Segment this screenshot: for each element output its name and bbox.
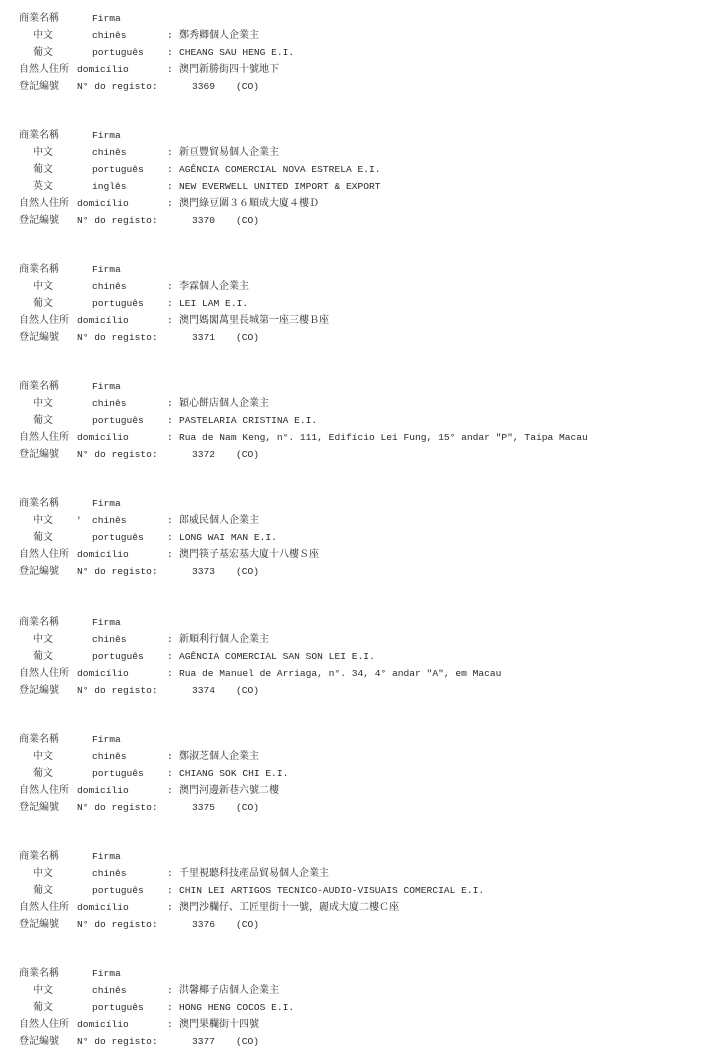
field-label-zh: 登記編號 [19, 799, 59, 816]
field-label-zh: 自然人住所 [19, 899, 69, 916]
field-label-zh: 中文 [33, 27, 53, 44]
field-label-zh: 中文 [33, 512, 53, 529]
field-label-pt: domicílio [77, 61, 129, 78]
field-value: 郎威民個人企業主 [179, 512, 259, 529]
field-label-pt: português [92, 412, 144, 429]
field-label-pt: Firma [92, 848, 121, 865]
field-label-zh: 葡文 [33, 161, 53, 178]
field-value: 鄭淑芝個人企業主 [179, 748, 259, 765]
colon-separator: : [167, 278, 173, 295]
field-label-pt: Firma [92, 10, 121, 27]
field-value: HONG HENG COCOS E.I. [179, 999, 294, 1016]
registration-number: 3369 [192, 78, 215, 95]
field-value: 鄭秀卿個人企業主 [179, 27, 259, 44]
registration-number: 3377 [192, 1033, 215, 1050]
colon-separator: : [167, 512, 173, 529]
field-label-pt: português [92, 295, 144, 312]
field-label-zh: 商業名稱 [19, 127, 59, 144]
field-label-zh: 登記編號 [19, 329, 59, 346]
field-value: 新順利行個人企業主 [179, 631, 269, 648]
colon-separator: : [167, 529, 173, 546]
field-label-zh: 登記編號 [19, 212, 59, 229]
field-label-pt: domicílio [77, 665, 129, 682]
field-label-pt: português [92, 529, 144, 546]
registration-suffix: (CO) [236, 916, 259, 933]
colon-separator: : [167, 782, 173, 799]
field-label-pt: Firma [92, 614, 121, 631]
field-label-zh: 自然人住所 [19, 429, 69, 446]
field-value: CHIN LEI ARTIGOS TECNICO-AUDIO-VISUAIS C… [179, 882, 484, 899]
registration-suffix: (CO) [236, 78, 259, 95]
field-label-pt: português [92, 999, 144, 1016]
field-label-pt: domicílio [77, 429, 129, 446]
field-label-pt: domicílio [77, 899, 129, 916]
field-label-pt: chinês [92, 395, 127, 412]
field-label-zh: 葡文 [33, 648, 53, 665]
field-label-zh: 登記編號 [19, 446, 59, 463]
field-label-zh: 登記編號 [19, 682, 59, 699]
field-label-pt: domicílio [77, 312, 129, 329]
field-label-zh: 自然人住所 [19, 782, 69, 799]
field-label-zh: 中文 [33, 278, 53, 295]
registration-suffix: (CO) [236, 799, 259, 816]
field-label-zh: 自然人住所 [19, 195, 69, 212]
colon-separator: : [167, 312, 173, 329]
colon-separator: : [167, 295, 173, 312]
colon-separator: : [167, 882, 173, 899]
field-label-zh: 自然人住所 [19, 1016, 69, 1033]
field-label-zh: 商業名稱 [19, 965, 59, 982]
registration-suffix: (CO) [236, 682, 259, 699]
field-label-zh: 中文 [33, 865, 53, 882]
colon-separator: : [167, 748, 173, 765]
field-label-pt: chinês [92, 512, 127, 529]
registration-number: 3370 [192, 212, 215, 229]
field-label-pt: chinês [92, 144, 127, 161]
field-value: CHEANG SAU HENG E.I. [179, 44, 294, 61]
field-label-pt: N° do registo: [77, 563, 158, 580]
field-label-zh: 自然人住所 [19, 665, 69, 682]
field-label-pt: N° do registo: [77, 78, 158, 95]
field-value: AGÊNCIA COMERCIAL NOVA ESTRELA E.I. [179, 161, 381, 178]
registration-number: 3376 [192, 916, 215, 933]
field-label-pt: chinês [92, 982, 127, 999]
colon-separator: : [167, 178, 173, 195]
colon-separator: : [167, 546, 173, 563]
colon-separator: : [167, 982, 173, 999]
colon-separator: : [167, 899, 173, 916]
field-label-zh: 商業名稱 [19, 261, 59, 278]
field-label-pt: domicílio [77, 782, 129, 799]
field-value: 澳門果欄街十四號 [179, 1016, 259, 1033]
field-label-zh: 登記編號 [19, 563, 59, 580]
colon-separator: : [167, 44, 173, 61]
field-label-zh: 商業名稱 [19, 378, 59, 395]
field-label-pt: chinês [92, 278, 127, 295]
field-label-pt: chinês [92, 631, 127, 648]
colon-separator: : [167, 195, 173, 212]
colon-separator: : [167, 161, 173, 178]
field-value: 千里視聽科技產品貿易個人企業主 [179, 865, 329, 882]
field-value: 李霖個人企業主 [179, 278, 249, 295]
field-label-zh: 商業名稱 [19, 495, 59, 512]
field-label-zh: 自然人住所 [19, 61, 69, 78]
field-value: AGÊNCIA COMERCIAL SAN SON LEI E.I. [179, 648, 375, 665]
colon-separator: : [167, 765, 173, 782]
colon-separator: : [167, 27, 173, 44]
field-value: 澳門河邊新巷六號二樓 [179, 782, 279, 799]
colon-separator: : [167, 631, 173, 648]
field-label-pt: chinês [92, 748, 127, 765]
field-label-pt: N° do registo: [77, 682, 158, 699]
colon-separator: : [167, 61, 173, 78]
field-value: NEW EVERWELL UNITED IMPORT & EXPORT [179, 178, 381, 195]
field-label-pt: português [92, 765, 144, 782]
field-value: 澳門筷子基宏基大廈十八樓Ｓ座 [179, 546, 319, 563]
colon-separator: : [167, 412, 173, 429]
field-value: CHIANG SOK CHI E.I. [179, 765, 288, 782]
field-label-zh: 中文 [33, 631, 53, 648]
field-label-zh: 葡文 [33, 882, 53, 899]
field-value: 澳門媽閣萬里長城第一座三樓Ｂ座 [179, 312, 329, 329]
field-label-pt: Firma [92, 965, 121, 982]
field-value: 澳門綠豆圍３６順成大廈４樓Ｄ [179, 195, 319, 212]
field-value: 新亘豐貿易個人企業主 [179, 144, 279, 161]
colon-separator: : [167, 999, 173, 1016]
field-label-pt: Firma [92, 731, 121, 748]
field-label-zh: 葡文 [33, 999, 53, 1016]
field-label-zh: 商業名稱 [19, 731, 59, 748]
field-label-pt: chinês [92, 865, 127, 882]
field-label-pt: N° do registo: [77, 916, 158, 933]
field-value: 洪馨椰子店個人企業主 [179, 982, 279, 999]
field-value: LONG WAI MAN E.I. [179, 529, 277, 546]
field-label-zh: 葡文 [33, 44, 53, 61]
registration-number: 3374 [192, 682, 215, 699]
field-label-zh: 英文 [33, 178, 53, 195]
registration-number: 3373 [192, 563, 215, 580]
stray-mark: ' [76, 512, 82, 529]
field-label-zh: 自然人住所 [19, 546, 69, 563]
field-label-zh: 中文 [33, 982, 53, 999]
field-value: PASTELARIA CRISTINA E.I. [179, 412, 317, 429]
field-label-pt: português [92, 648, 144, 665]
colon-separator: : [167, 648, 173, 665]
field-label-zh: 自然人住所 [19, 312, 69, 329]
colon-separator: : [167, 395, 173, 412]
field-label-zh: 商業名稱 [19, 10, 59, 27]
field-value: LEI LAM E.I. [179, 295, 248, 312]
field-label-pt: inglês [92, 178, 127, 195]
field-label-pt: domicílio [77, 546, 129, 563]
field-label-pt: N° do registo: [77, 329, 158, 346]
colon-separator: : [167, 144, 173, 161]
field-label-zh: 中文 [33, 395, 53, 412]
colon-separator: : [167, 865, 173, 882]
field-value: 穎心餅店個人企業主 [179, 395, 269, 412]
field-label-zh: 商業名稱 [19, 614, 59, 631]
field-label-pt: domicílio [77, 195, 129, 212]
field-label-zh: 商業名稱 [19, 848, 59, 865]
colon-separator: : [167, 665, 173, 682]
field-label-zh: 登記編號 [19, 78, 59, 95]
field-label-zh: 登記編號 [19, 1033, 59, 1050]
colon-separator: : [167, 1016, 173, 1033]
field-label-zh: 葡文 [33, 412, 53, 429]
field-label-zh: 葡文 [33, 529, 53, 546]
field-label-zh: 中文 [33, 144, 53, 161]
field-label-zh: 中文 [33, 748, 53, 765]
field-label-zh: 葡文 [33, 295, 53, 312]
field-label-pt: português [92, 44, 144, 61]
registration-suffix: (CO) [236, 446, 259, 463]
field-label-zh: 登記編號 [19, 916, 59, 933]
field-label-pt: N° do registo: [77, 212, 158, 229]
field-label-pt: Firma [92, 261, 121, 278]
field-label-pt: N° do registo: [77, 446, 158, 463]
field-value: Rua de Nam Keng, n°. 111, Edifício Lei F… [179, 429, 588, 446]
field-value: 澳門沙欄仔、工匠里街十一號，麗成大廈二樓Ｃ座 [179, 899, 399, 916]
field-label-pt: português [92, 882, 144, 899]
field-value: Rua de Manuel de Arriaga, n°. 34, 4° and… [179, 665, 501, 682]
registration-suffix: (CO) [236, 212, 259, 229]
registration-suffix: (CO) [236, 563, 259, 580]
field-label-pt: português [92, 161, 144, 178]
field-label-pt: domicílio [77, 1016, 129, 1033]
registration-number: 3371 [192, 329, 215, 346]
registration-number: 3375 [192, 799, 215, 816]
field-label-pt: chinês [92, 27, 127, 44]
field-value: 澳門新勝街四十號地下 [179, 61, 279, 78]
field-label-pt: N° do registo: [77, 1033, 158, 1050]
registration-number: 3372 [192, 446, 215, 463]
field-label-pt: N° do registo: [77, 799, 158, 816]
field-label-pt: Firma [92, 495, 121, 512]
field-label-pt: Firma [92, 378, 121, 395]
registration-suffix: (CO) [236, 329, 259, 346]
colon-separator: : [167, 429, 173, 446]
registration-suffix: (CO) [236, 1033, 259, 1050]
field-label-zh: 葡文 [33, 765, 53, 782]
field-label-pt: Firma [92, 127, 121, 144]
